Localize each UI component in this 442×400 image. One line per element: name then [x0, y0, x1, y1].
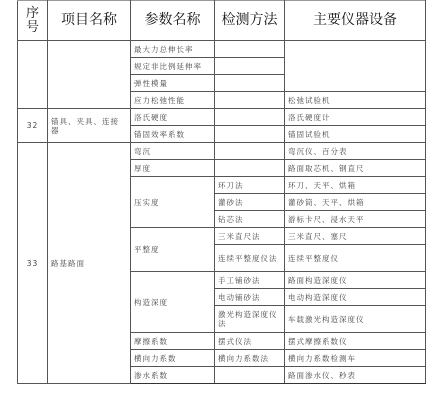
method-cell [215, 367, 285, 384]
param-cell: 压实度 [131, 177, 215, 228]
equipment-cell: 摆式摩擦系数仪 [285, 333, 426, 350]
method-cell: 横向力系数法 [215, 350, 285, 367]
param-cell: 弹性模量 [131, 75, 215, 92]
param-cell: 规定非比例延伸率 [131, 58, 215, 75]
equipment-cell: 路面取芯机、钢直尺 [285, 160, 426, 177]
method-cell: 摆式仪法 [215, 333, 285, 350]
equipment-cell: 横向力系数检测车 [285, 350, 426, 367]
header-no: 序号 [18, 1, 48, 41]
table-row: 最大力总伸长率 [18, 41, 426, 58]
project-cell: 路基路面 [48, 143, 131, 384]
equipment-cell: 电动构造深度仪 [285, 289, 426, 306]
header-row: 序号 项目名称 参数名称 检测方法 主要仪器设备 [18, 1, 426, 41]
equipment-cell: 灌砂筒、天平、烘箱 [285, 194, 426, 211]
method-cell: 钻芯法 [215, 211, 285, 228]
param-cell: 构造深度 [131, 272, 215, 333]
param-cell: 摩擦系数 [131, 333, 215, 350]
method-cell [215, 109, 285, 126]
equipment-cell [285, 41, 426, 92]
param-cell: 弯沉 [131, 143, 215, 160]
param-cell: 平整度 [131, 228, 215, 272]
header-project: 项目名称 [48, 1, 131, 41]
no-cell: 32 [18, 109, 48, 143]
method-cell: 三米直尺法 [215, 228, 285, 245]
table-row: 33 路基路面 弯沉 弯沉仪、百分表 [18, 143, 426, 160]
param-cell: 厚度 [131, 160, 215, 177]
method-cell: 手工铺砂法 [215, 272, 285, 289]
no-cell [18, 41, 48, 109]
equipment-cell: 路面渗水仪、秒表 [285, 367, 426, 384]
project-cell: 锚具、夹具、连接器 [48, 109, 131, 143]
equipment-cell: 路面构造深度仪 [285, 272, 426, 289]
project-cell [48, 41, 131, 109]
equipment-cell: 环刀、天平、烘箱 [285, 177, 426, 194]
method-cell [215, 92, 285, 109]
equipment-cell: 洛氏硬度计 [285, 109, 426, 126]
method-cell: 连续平整度仪法 [215, 245, 285, 272]
equipment-cell: 弯沉仪、百分表 [285, 143, 426, 160]
method-cell [215, 160, 285, 177]
param-cell: 应力松弛性能 [131, 92, 215, 109]
equipment-cell: 锚固试验机 [285, 126, 426, 143]
param-cell: 锚固效率系数 [131, 126, 215, 143]
inspection-table: 序号 项目名称 参数名称 检测方法 主要仪器设备 最大力总伸长率 规定非比例延伸… [17, 0, 426, 384]
method-cell [215, 75, 285, 92]
method-cell [215, 58, 285, 75]
param-cell: 洛氏硬度 [131, 109, 215, 126]
method-cell [215, 143, 285, 160]
header-method: 检测方法 [215, 1, 285, 41]
method-cell: 电动铺砂法 [215, 289, 285, 306]
no-cell: 33 [18, 143, 48, 384]
equipment-cell: 松弛试验机 [285, 92, 426, 109]
method-cell: 激光构造深度仪法 [215, 306, 285, 333]
method-cell [215, 126, 285, 143]
equipment-cell: 游标卡尺、浸水天平 [285, 211, 426, 228]
method-cell [215, 41, 285, 58]
param-cell: 渗水系数 [131, 367, 215, 384]
header-equipment: 主要仪器设备 [285, 1, 426, 41]
equipment-cell: 连续平整度仪 [285, 245, 426, 272]
header-param: 参数名称 [131, 1, 215, 41]
method-cell: 灌砂法 [215, 194, 285, 211]
param-cell: 最大力总伸长率 [131, 41, 215, 58]
equipment-cell: 车载激光构造深度仪 [285, 306, 426, 333]
equipment-cell: 三米直尺、塞尺 [285, 228, 426, 245]
param-cell: 横向力系数 [131, 350, 215, 367]
table-row: 32 锚具、夹具、连接器 洛氏硬度 洛氏硬度计 [18, 109, 426, 126]
method-cell: 环刀法 [215, 177, 285, 194]
